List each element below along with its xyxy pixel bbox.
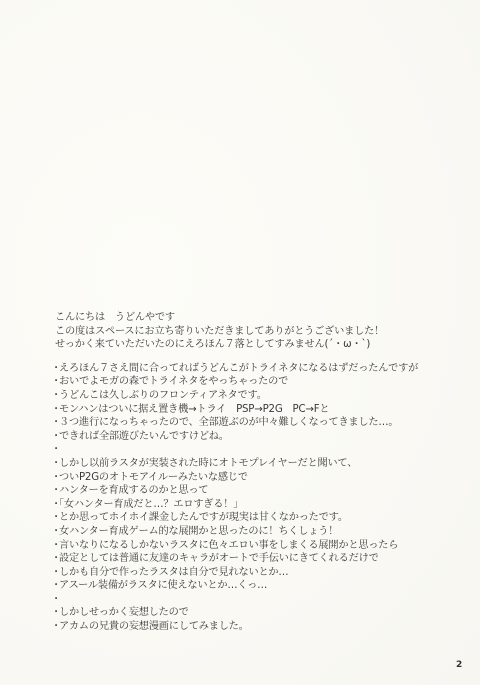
- afterword-text: こんにちは うどんやです この度はスペースにお立ち寄りいただきましてありがとうご…: [55, 311, 455, 634]
- bullet-line: しかしせっかく妄想したので: [55, 606, 455, 620]
- bullet-line: アカムの兄貴の妄想漫画にしてみました。: [55, 620, 455, 634]
- bullet-line: ３つ進行になっちゃったので、全部遊ぶのが中々難しくなってきました…。: [55, 416, 455, 430]
- bullet-line: とか思ってホイホイ課金したんですが現実は甘くなかったです。: [55, 511, 455, 525]
- bullet-line: おいでよモガの森でトライネタをやっちゃったので: [55, 375, 455, 389]
- paragraph-gap: [55, 352, 455, 362]
- bullet-line: ついP2Gのオトモアイルーみたいな感じで: [55, 471, 455, 485]
- greeting-line: こんにちは うどんやです: [55, 311, 455, 325]
- bullet-line: えろほん７さえ間に合ってればうどんこがトライネタになるはずだったんですが: [55, 362, 455, 376]
- bullet-line: できれば全部遊びたいんですけどね。: [55, 430, 455, 444]
- bullet-line: 「女ハンター育成だと…？エロすぎる！」: [55, 498, 455, 512]
- bullet-line: しかも自分で作ったラスタは自分で見れないとか…: [55, 566, 455, 580]
- bullet-line: 設定としては普通に友達のキャラがオートで手伝いにきてくれるだけで: [55, 552, 455, 566]
- bullet-line-empty: [55, 593, 455, 607]
- bullet-line: 女ハンター育成ゲーム的な展開かと思ったのに！ちくしょう！: [55, 525, 455, 539]
- greeting-line: この度はスペースにお立ち寄りいただきましてありがとうございました！: [55, 325, 455, 339]
- greeting-line: せっかく来ていただいたのにえろほん７落としてすみません(´・ω・`): [55, 338, 455, 352]
- document-page: こんにちは うどんやです この度はスペースにお立ち寄りいただきましてありがとうご…: [0, 0, 480, 685]
- bullet-line-empty: [55, 443, 455, 457]
- bullet-line: うどんこは久しぶりのフロンティアネタです。: [55, 389, 455, 403]
- page-number: 2: [456, 660, 462, 670]
- bullet-line: アスール装備がラスタに使えないとか…くっ…: [55, 579, 455, 593]
- bullet-line: モンハンはついに据え置き機→トライ PSP→P2G PC→Fと: [55, 403, 455, 417]
- bullet-line: 言いなりになるしかないラスタに色々エロい事をしまくる展開かと思ったら: [55, 539, 455, 553]
- bullet-line: ハンターを育成するのかと思って: [55, 484, 455, 498]
- bullet-line: しかし以前ラスタが実装された時にオトモプレイヤーだと聞いて、: [55, 457, 455, 471]
